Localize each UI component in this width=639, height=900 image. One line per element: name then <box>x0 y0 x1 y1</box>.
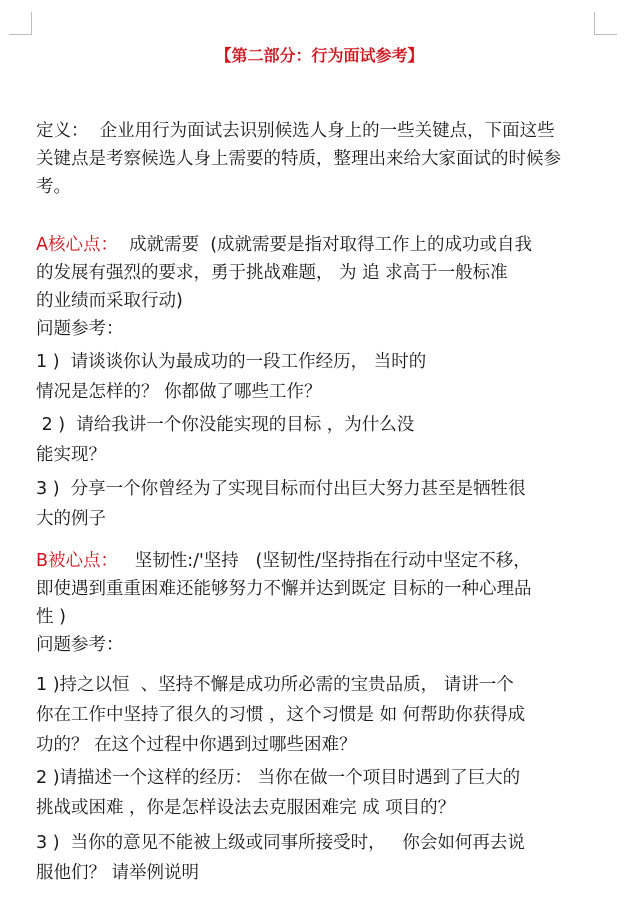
section-a-label: A核心点： <box>36 235 118 255</box>
question-line: 2 )请描述一个这样的经历： 当你在做一个项目时遇到了巨大的 <box>36 763 606 793</box>
section-a-question-3: 3 ) 分享一个你曾经为了实现目标而付出巨大努力甚至是牺牲很 大的例子 <box>36 474 606 534</box>
question-line: 大的例子 <box>36 504 606 534</box>
section-b-first-line: B被心点： 坚韧性:/'坚持 (坚韧性/坚持指在行动中坚定不移， <box>36 547 606 575</box>
question-line: 2 ) 请给我讲一个你没能实现的目标 ，为什么没 <box>36 410 606 440</box>
section-a-heading: A核心点： 成就需要 (成就需要是指对取得工作上的成功或自我 的发展有强烈的要求… <box>36 231 606 343</box>
section-b-question-3: 3 ) 当你的意见不能被上级或同事所接受时， 你会如何再去说 服他们？ 请举例说… <box>36 828 606 888</box>
page-corner-mark-left <box>9 12 32 35</box>
definition-line: 定义： 企业用行为面试去识别候选人身上的一些关键点，下面这些 <box>36 117 606 145</box>
section-b-questions-label: 问题参考： <box>36 631 606 659</box>
section-b-question-2: 2 )请描述一个这样的经历： 当你在做一个项目时遇到了巨大的 挑战或困难 ，你是… <box>36 763 606 823</box>
question-line: 你在工作中坚持了很久的习惯 ，这个习惯是 如 何帮助你获得成 <box>36 700 606 730</box>
section-b-label: B被心点： <box>36 551 118 571</box>
question-line: 1 ) 请谈谈你认为最成功的一段工作经历， 当时的 <box>36 347 606 377</box>
question-line: 挑战或困难 ，你是怎样设法去克服困难完 成 项目的？ <box>36 793 606 823</box>
section-a-line: 的发展有强烈的要求，勇于挑战难题， 为 追 求高于一般标准 <box>36 259 606 287</box>
question-line: 能实现？ <box>36 440 606 470</box>
section-a-question-1: 1 ) 请谈谈你认为最成功的一段工作经历， 当时的 情况是怎样的？ 你都做了哪些… <box>36 347 606 407</box>
question-line: 3 ) 分享一个你曾经为了实现目标而付出巨大努力甚至是牺牲很 <box>36 474 606 504</box>
section-b-line: 即使遇到重重困难还能够努力不懈并达到既定 目标的一种心理品 <box>36 575 606 603</box>
question-line: 3 ) 当你的意见不能被上级或同事所接受时， 你会如何再去说 <box>36 828 606 858</box>
question-line: 功的？ 在这个过程中你遇到过哪些困难？ <box>36 730 606 760</box>
section-b-title: 坚韧性:/'坚持 (坚韧性/坚持指在行动中坚定不移， <box>118 551 531 571</box>
section-b-heading: B被心点： 坚韧性:/'坚持 (坚韧性/坚持指在行动中坚定不移， 即使遇到重重困… <box>36 547 606 659</box>
section-b-line: 性 ) <box>36 603 606 631</box>
section-a-first-line: A核心点： 成就需要 (成就需要是指对取得工作上的成功或自我 <box>36 231 606 259</box>
section-a-line: 的业绩而采取行动) <box>36 287 606 315</box>
page-title: 【第二部分：行为面试参考】 <box>0 43 639 66</box>
definition-line: 关键点是考察候选人身上需要的特质，整理出来给大家面试的时候参 <box>36 145 606 173</box>
question-line: 情况是怎样的？ 你都做了哪些工作？ <box>36 377 606 407</box>
page-corner-mark-right <box>594 12 617 35</box>
question-line: 服他们？ 请举例说明 <box>36 858 606 888</box>
section-a-question-2: 2 ) 请给我讲一个你没能实现的目标 ，为什么没 能实现？ <box>36 410 606 470</box>
definition-line: 考。 <box>36 173 606 201</box>
section-a-questions-label: 问题参考： <box>36 315 606 343</box>
question-line: 1 )持之以恒 、坚持不懈是成功所必需的宝贵品质， 请讲一个 <box>36 670 606 700</box>
definition-paragraph: 定义： 企业用行为面试去识别候选人身上的一些关键点，下面这些 关键点是考察候选人… <box>36 117 606 201</box>
section-b-question-1: 1 )持之以恒 、坚持不懈是成功所必需的宝贵品质， 请讲一个 你在工作中坚持了很… <box>36 670 606 760</box>
section-a-title: 成就需要 (成就需要是指对取得工作上的成功或自我 <box>118 235 532 255</box>
